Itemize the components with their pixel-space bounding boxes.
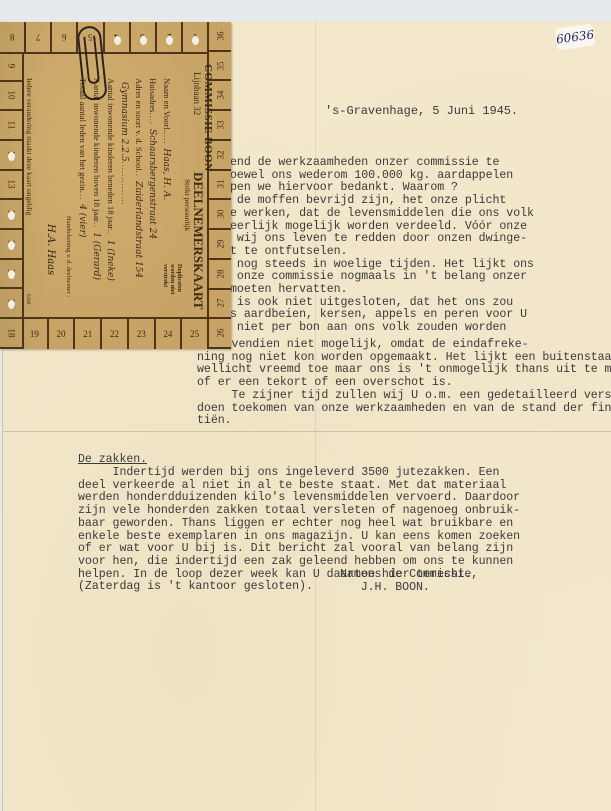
coupon-29: 29 bbox=[207, 230, 231, 260]
card-duplicate-note: Duplicaten worden niet verstrekt bbox=[161, 264, 182, 295]
field-home-address: Huisadres....Schaarsbergenstraat 24 bbox=[147, 78, 158, 239]
paragraph-1: end de werkzaamheden onzer commissie te … bbox=[230, 157, 534, 335]
field-school-address: Adres en soort v. d. School..Zuiderlands… bbox=[133, 78, 144, 278]
coupon-24: 24 bbox=[156, 317, 183, 349]
coupon-3: 3 bbox=[131, 22, 157, 54]
card-footer-note: Iedere verandering maakt deze kaart onge… bbox=[25, 78, 34, 215]
field-name: Naam en Voorl.....Haas, H. A. bbox=[161, 78, 172, 200]
field-school-type: Gymnasium 2.2.5.............. bbox=[119, 78, 130, 206]
field-children-under-18: Aantal inwonende kinderen beneden 18 jaa… bbox=[105, 78, 116, 281]
coupon-13: 13 bbox=[0, 171, 24, 201]
coupon-31: 31 bbox=[207, 171, 231, 201]
coupon-16: 16 bbox=[0, 260, 24, 290]
card-address: Lijnbaan 32 bbox=[192, 72, 202, 115]
coupon-21: 21 bbox=[75, 317, 102, 349]
section-heading: De zakken. bbox=[78, 454, 147, 467]
card-body: COMMISSIE BOON Lijnbaan 32 DEELNEMERSKAA… bbox=[24, 54, 207, 316]
coupon-23: 23 bbox=[129, 317, 156, 349]
coupon-30: 30 bbox=[207, 200, 231, 230]
coupon-27: 27 bbox=[207, 290, 231, 320]
field-children-over-18: Aantal inwonende kinderen boven 18 jaar.… bbox=[91, 78, 102, 280]
signature-block: Namens de Commissie, J.H. BOON. bbox=[340, 569, 478, 594]
printer-mark: 6268 bbox=[25, 294, 30, 304]
coupon-1: 1 bbox=[183, 22, 209, 54]
coupon-26: 26 bbox=[207, 319, 231, 349]
participant-card: 87654321 9101112131415161718 36353433323… bbox=[0, 22, 231, 349]
card-type: DEELNEMERSKAART bbox=[190, 172, 206, 310]
coupon-8: 8 bbox=[0, 22, 26, 54]
coupon-6: 6 bbox=[52, 22, 78, 54]
coupon-19: 19 bbox=[22, 317, 49, 349]
coupon-20: 20 bbox=[49, 317, 76, 349]
coupon-12: 12 bbox=[0, 141, 24, 171]
coupon-10: 10 bbox=[0, 82, 24, 112]
coupon-36: 36 bbox=[207, 22, 231, 52]
coupon-11: 11 bbox=[0, 111, 24, 141]
coupon-2: 2 bbox=[157, 22, 183, 54]
coupon-25: 25 bbox=[182, 317, 209, 349]
field-family-total: Totaal aantal leden van het gezin...4 (v… bbox=[77, 78, 88, 237]
dateline: 's-Gravenhage, 5 Juni 1945. bbox=[325, 105, 518, 118]
coupon-15: 15 bbox=[0, 230, 24, 260]
paragraph-2: ovendien niet mogelijk, omdat de eindafr… bbox=[197, 339, 611, 428]
coupon-18: 18 bbox=[0, 319, 24, 349]
holder-signature: H.A. Haas bbox=[45, 224, 56, 275]
coupon-22: 22 bbox=[102, 317, 129, 349]
card-subtitle: Strikt persoonlijk bbox=[183, 179, 192, 231]
coupon-17: 17 bbox=[0, 289, 24, 319]
coupon-14: 14 bbox=[0, 200, 24, 230]
card-title: COMMISSIE BOON bbox=[202, 64, 214, 172]
coupon-4: 4 bbox=[105, 22, 131, 54]
coupon-9: 9 bbox=[0, 52, 24, 82]
coupon-28: 28 bbox=[207, 260, 231, 290]
signature-label: Handtekening v. d. deelnemer : bbox=[65, 216, 72, 297]
coupon-7: 7 bbox=[26, 22, 52, 54]
